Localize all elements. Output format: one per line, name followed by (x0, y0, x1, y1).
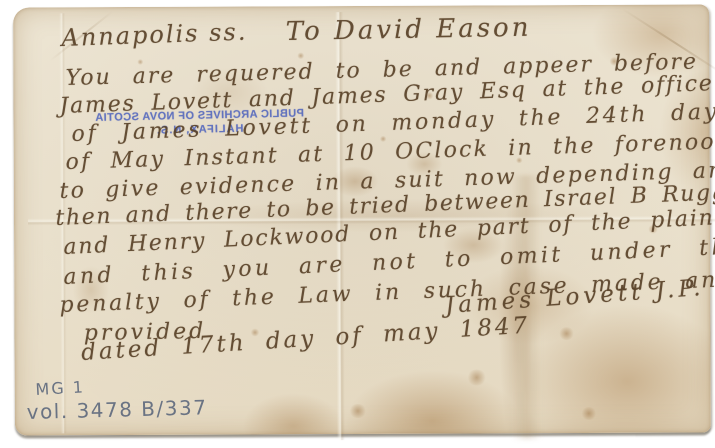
archival-volume-mark: vol. 3478 B/337 (26, 395, 207, 424)
foxing-spot (581, 407, 597, 420)
foxing-spot (558, 327, 574, 340)
foxing-spot (349, 404, 367, 418)
addressee-text: To David Eason (285, 13, 531, 47)
foxing-spot (467, 369, 487, 385)
archival-series-mark: MG 1 (35, 377, 85, 399)
foxing-spot (297, 52, 304, 59)
